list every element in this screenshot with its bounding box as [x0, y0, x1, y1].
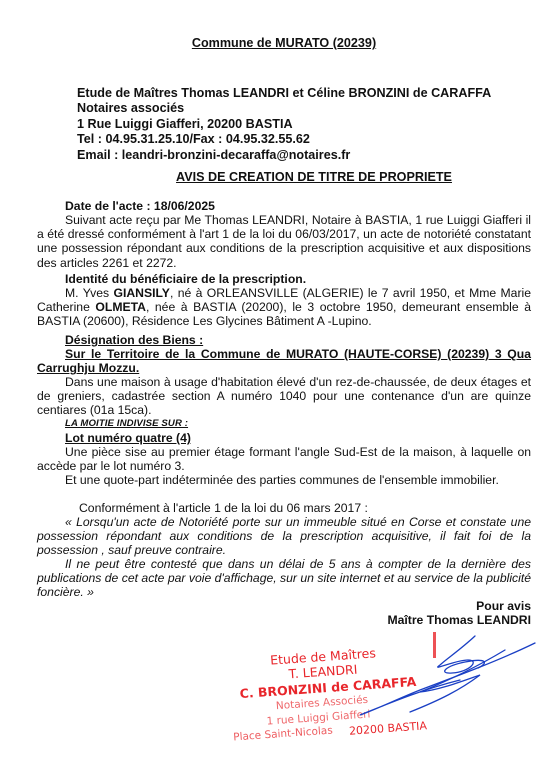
handwritten-signature [0, 0, 551, 761]
